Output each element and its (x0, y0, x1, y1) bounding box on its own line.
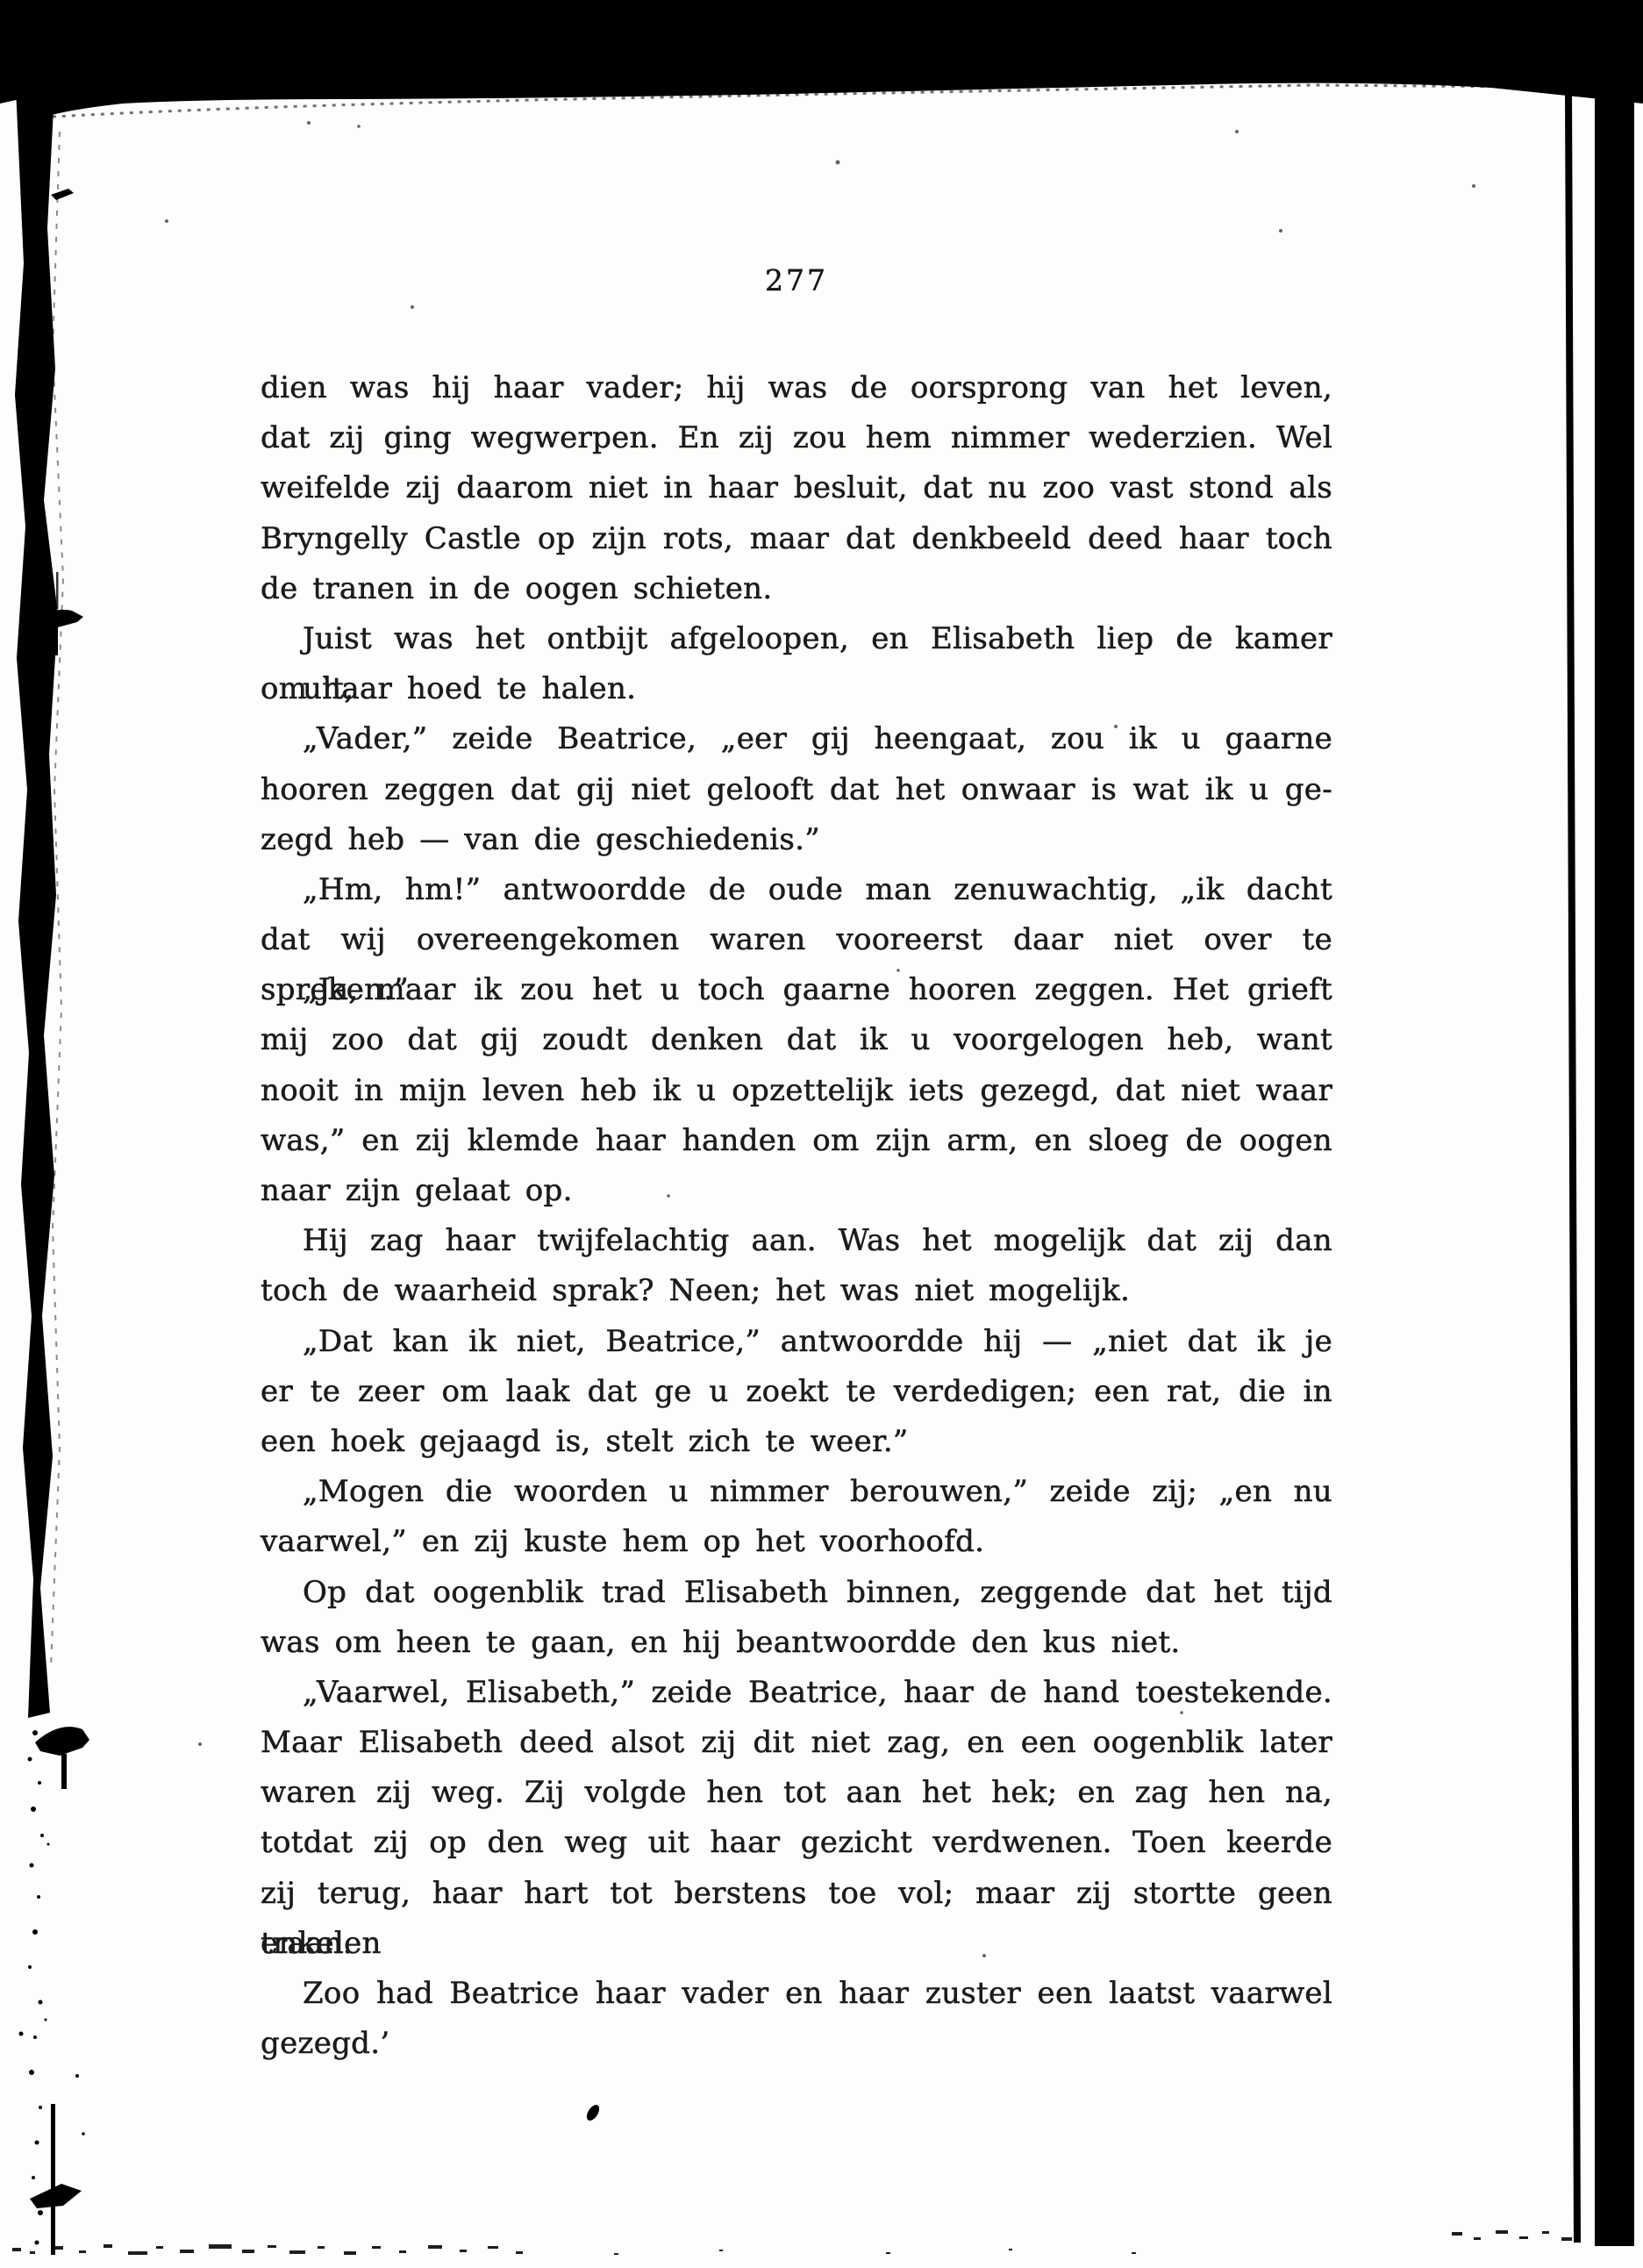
scanned-book-page: 277 dien was hij haar vader; hij was de … (0, 0, 1643, 2268)
top-bar-fuzz (53, 85, 1632, 117)
body-text: dien was hij haar vader; hij was de oors… (261, 363, 1332, 2069)
text-line: Zoo had Beatrice haar vader en haar zust… (261, 1969, 1332, 2019)
text-line: „Mogen die woorden u nimmer berouwen,” z… (261, 1467, 1332, 1517)
text-line: was,” en zij klemde haar handen om zijn … (261, 1116, 1332, 1166)
text-line: was om heen te gaan, en hij beantwoordde… (261, 1618, 1332, 1668)
text-line: nooit in mijn leven heb ik u opzettelijk… (261, 1066, 1332, 1116)
text-line: mij zoo dat gij zoudt denken dat ik u vo… (261, 1015, 1332, 1065)
text-line: „Dat kan ik niet, Beatrice,” antwoordde … (261, 1317, 1332, 1367)
text-line: naar zijn gelaat op. (261, 1166, 1332, 1216)
text-line: zegd heb — van die geschiedenis.” (261, 815, 1332, 865)
right-rule-line (1565, 88, 1581, 2243)
text-line: Hij zag haar twijfelachtig aan. Was het … (261, 1216, 1332, 1266)
bottom-scan-noise (12, 2230, 1572, 2255)
text-line: dat wij overeengekomen waren vooreerst d… (261, 915, 1332, 965)
text-line: dien was hij haar vader; hij was de oors… (261, 363, 1332, 413)
text-line: „Ja, maar ik zou het u toch gaarne hoore… (261, 965, 1332, 1015)
text-line: gezegd.’ (261, 2019, 1332, 2069)
left-edge-specks (28, 1730, 55, 2245)
text-line: „Hm, hm!” antwoordde de oude man zenuwac… (261, 865, 1332, 915)
text-line: „Vaarwel, Elisabeth,” zeide Beatrice, ha… (261, 1668, 1332, 1718)
text-line: „Vader,” zeide Beatrice, „eer gij heenga… (261, 714, 1332, 764)
text-line: totdat zij op den weg uit haar gezicht v… (261, 1818, 1332, 1868)
text-line: traan. (261, 1919, 1332, 1969)
text-line: om haar hoed te halen. (261, 664, 1332, 714)
text-line: de tranen in de oogen schieten. (261, 564, 1332, 614)
bottom-pen-mark (19, 2032, 85, 2256)
text-line: dat zij ging wegwerpen. En zij zou hem n… (261, 413, 1332, 463)
top-scan-bar (0, 0, 1643, 116)
text-line: waren zij weg. Zij volgde hen tot aan he… (261, 1768, 1332, 1818)
text-line: Juist was het ontbijt afgeloopen, en Eli… (261, 614, 1332, 664)
text-line: zij terug, haar hart tot berstens toe vo… (261, 1869, 1332, 1919)
left-edge-blob (51, 189, 74, 200)
left-scan-edge (15, 88, 58, 1718)
ink-teardrop-mark (584, 2103, 602, 2123)
text-line: hooren zeggen dat gij niet gelooft dat h… (261, 765, 1332, 815)
text-line: toch de waarheid sprak? Neen; het was ni… (261, 1266, 1332, 1316)
text-line: Bryngelly Castle op zijn rots, maar dat … (261, 514, 1332, 564)
page-number: 277 (261, 263, 1332, 297)
text-line: er te zeer om laak dat ge u zoekt te ver… (261, 1367, 1332, 1417)
margin-arrow-icon (35, 1727, 89, 1789)
margin-arrow-icon (32, 572, 83, 655)
text-line: weifelde zij daarom niet in haar besluit… (261, 463, 1332, 513)
text-line: een hoek gejaagd is, stelt zich te weer.… (261, 1417, 1332, 1467)
text-line: Op dat oogenblik trad Elisabeth binnen, … (261, 1568, 1332, 1618)
text-line: Maar Elisabeth deed alsot zij dit niet z… (261, 1718, 1332, 1768)
left-edge-feather (51, 132, 63, 1667)
text-line: vaarwel,” en zij kuste hem op het voorho… (261, 1517, 1332, 1567)
right-scan-band (1595, 25, 1634, 2246)
